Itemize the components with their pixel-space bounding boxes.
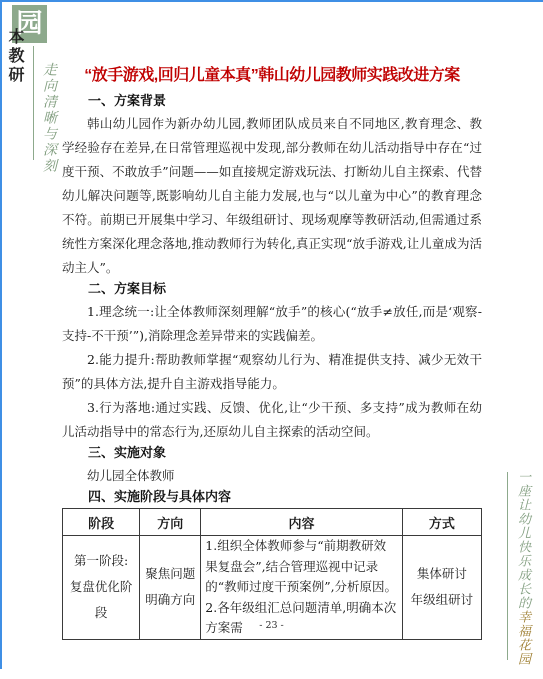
right-slogan-gold: 幸福花园	[515, 610, 530, 666]
right-slogan: 一座让幼儿快乐成长的幸福花园	[513, 470, 532, 670]
section-heading-background: 一、方案背景	[62, 92, 482, 109]
left-vertical-series-title: 本教研	[4, 28, 27, 85]
capture-border-top	[0, 0, 543, 2]
table-header-row: 阶段 方向 内容 方式	[63, 509, 482, 536]
section-heading-audience: 三、实施对象	[62, 444, 482, 461]
document-body: “放手游戏,回归儿童本真”韩山幼儿园教师实践改进方案 一、方案背景 韩山幼儿园作…	[62, 66, 482, 640]
section-heading-phases: 四、实施阶段与具体内容	[62, 488, 482, 505]
background-paragraph: 韩山幼儿园作为新办幼儿园,教师团队成员来自不同地区,教育理念、教学经验存在差异,…	[62, 112, 482, 280]
left-slogan: 走向清晰与深刻	[39, 62, 59, 174]
column-header-method: 方式	[402, 509, 481, 536]
goal-item-2: 2.能力提升:帮助教师掌握“观察幼儿行为、精准提供支持、减少无效干预”的具体方法…	[62, 348, 482, 396]
column-header-stage: 阶段	[63, 509, 140, 536]
right-divider-line	[507, 472, 508, 660]
capture-border-left	[0, 0, 2, 669]
right-slogan-green: 一座让幼儿快乐成长的	[515, 470, 530, 610]
left-divider-line	[33, 46, 34, 160]
column-header-direction: 方向	[140, 509, 201, 536]
goal-item-3: 3.行为落地:通过实践、反馈、优化,让“少干预、多支持”成为教师在幼儿活动指导中…	[62, 396, 482, 444]
goal-item-1: 1.理念统一:让全体教师深刻理解“放手”的核心(“放手≠放任,而是‘观察-支持-…	[62, 300, 482, 348]
section-heading-goals: 二、方案目标	[62, 280, 482, 297]
column-header-content: 内容	[201, 509, 402, 536]
page-number: - 23 -	[0, 620, 543, 631]
document-title: “放手游戏,回归儿童本真”韩山幼儿园教师实践改进方案	[62, 66, 482, 86]
audience-text: 幼儿园全体教师	[62, 464, 482, 488]
